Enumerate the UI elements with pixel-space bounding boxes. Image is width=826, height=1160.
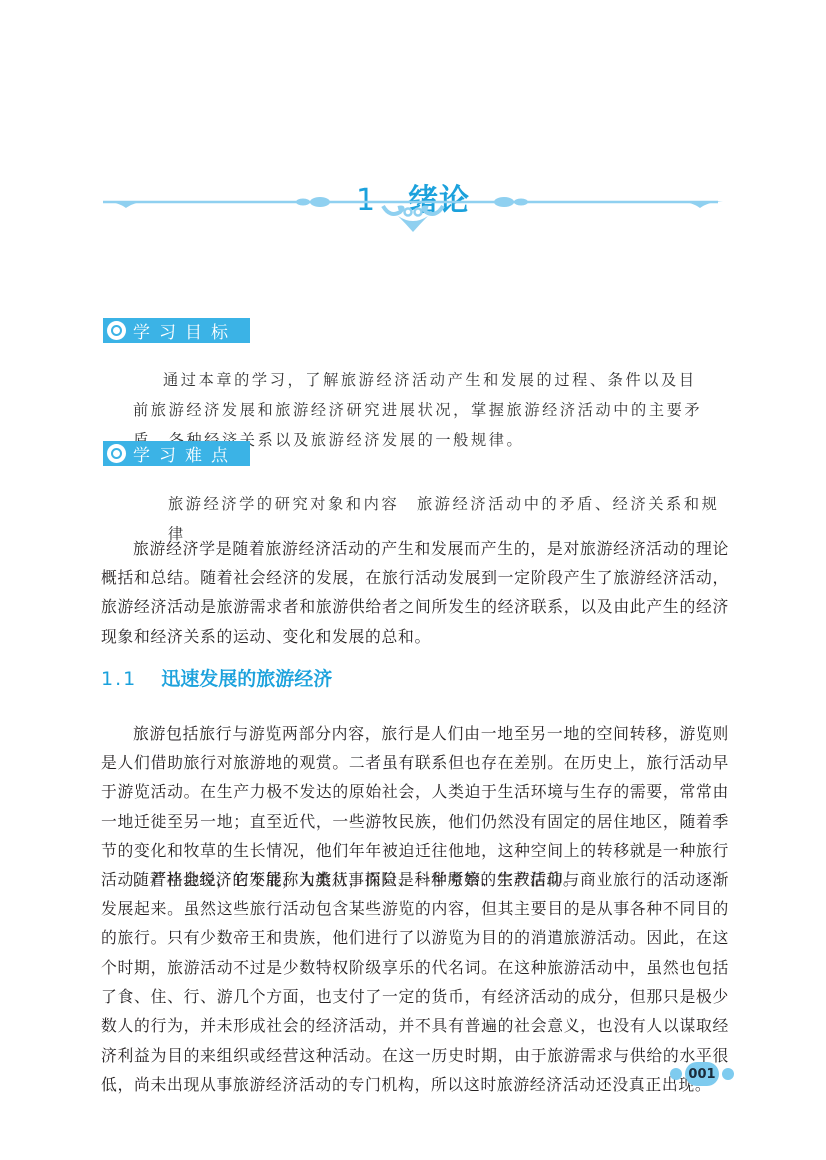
section-title: 迅速发展的旅游经济 <box>161 668 332 690</box>
intro-paragraph: 旅游经济学是随着旅游经济活动的产生和发展而产生的，是对旅游经济活动的理论概括和总… <box>101 534 729 651</box>
page-number: 001 <box>670 1062 734 1086</box>
learning-difficulties-badge: 学习难点 <box>103 441 250 466</box>
decorative-divider-icon <box>98 190 728 240</box>
flower-emblem-icon <box>107 444 126 463</box>
page-number-dot-icon <box>722 1068 734 1080</box>
page-number-label: 001 <box>685 1062 719 1086</box>
section-number: 1.1 <box>101 668 137 690</box>
learning-difficulties-label: 学习难点 <box>133 441 237 466</box>
learning-objectives-label: 学习目标 <box>133 318 237 343</box>
flower-emblem-icon <box>107 321 126 340</box>
section-heading: 1.1迅速发展的旅游经济 <box>101 664 332 691</box>
learning-objectives-badge: 学习目标 <box>103 318 250 343</box>
body-paragraph: 随着社会经济的发展，人类从事探险、科学考察、宗教信仰与商业旅行的活动逐渐发展起来… <box>101 865 729 1099</box>
page-number-dot-icon <box>670 1068 682 1080</box>
